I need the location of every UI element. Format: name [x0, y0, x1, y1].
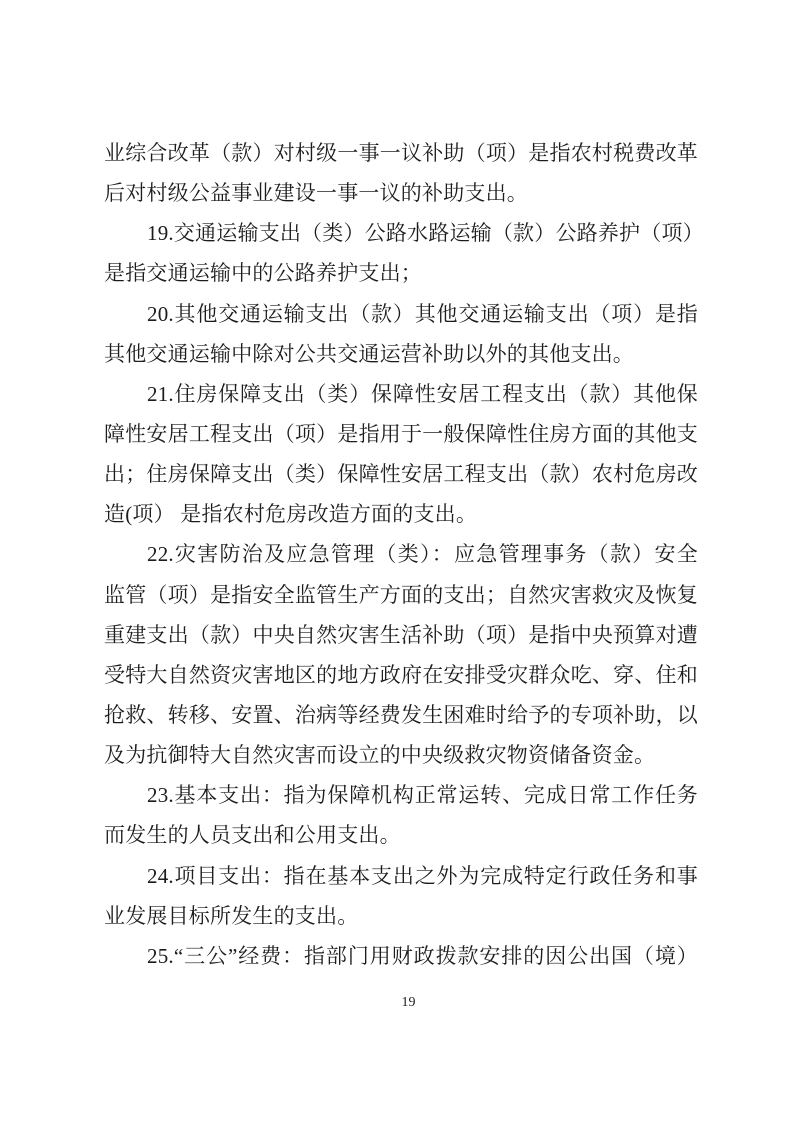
text-line: 重建支出（款）中央自然灾害生活补助（项）是指中央预算对遭	[104, 615, 698, 655]
text-line: 22.灾害防治及应急管理（类）：应急管理事务（款）安全	[104, 534, 698, 574]
text-line: 24.项目支出：指在基本支出之外为完成特定行政任务和事	[104, 856, 698, 896]
text-line: 抢救、转移、安置、治病等经费发生困难时给予的专项补助，以	[104, 695, 698, 735]
text-line: 21.住房保障支出（类）保障性安居工程支出（款）其他保	[104, 374, 698, 414]
text-line: 造(项） 是指农村危房改造方面的支出。	[104, 494, 698, 534]
text-line: 25.“三公”经费：指部门用财政拨款安排的因公出国（境）	[104, 936, 698, 976]
text-line: 20.其他交通运输支出（款）其他交通运输支出（项）是指	[104, 294, 698, 334]
text-line: 其他交通运输中除对公共交通运营补助以外的其他支出。	[104, 334, 698, 374]
text-line: 而发生的人员支出和公用支出。	[104, 815, 698, 855]
text-line: 障性安居工程支出（项）是指用于一般保障性住房方面的其他支	[104, 414, 698, 454]
text-line: 后对村级公益事业建设一事一议的补助支出。	[104, 173, 698, 213]
text-line: 受特大自然资灾害地区的地方政府在安排受灾群众吃、穿、住和	[104, 655, 698, 695]
page-number: 19	[12, 994, 793, 1012]
text-line: 业发展目标所发生的支出。	[104, 896, 698, 936]
text-line: 及为抗御特大自然灾害而设立的中央级救灾物资储备资金。	[104, 735, 698, 775]
text-line: 19.交通运输支出（类）公路水路运输（款）公路养护（项）	[104, 213, 698, 253]
text-line: 出；住房保障支出（类）保障性安居工程支出（款）农村危房改	[104, 454, 698, 494]
text-line: 监管（项）是指安全监管生产方面的支出；自然灾害救灾及恢复	[104, 575, 698, 615]
text-line: 是指交通运输中的公路养护支出；	[104, 253, 698, 293]
document-body: 业综合改革（款）对村级一事一议补助（项）是指农村税费改革后对村级公益事业建设一事…	[104, 133, 698, 976]
document-page: 业综合改革（款）对村级一事一议补助（项）是指农村税费改革后对村级公益事业建设一事…	[0, 0, 793, 1122]
text-line: 业综合改革（款）对村级一事一议补助（项）是指农村税费改革	[104, 133, 698, 173]
text-line: 23.基本支出：指为保障机构正常运转、完成日常工作任务	[104, 775, 698, 815]
